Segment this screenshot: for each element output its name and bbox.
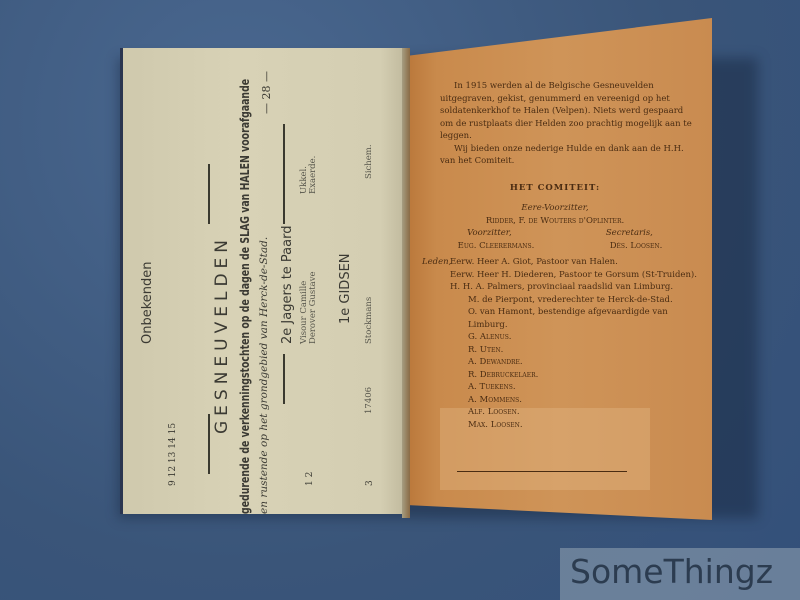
members-label: Leden, [422, 256, 451, 269]
member: O. van Hamont, bestendige afgevaardigde … [450, 306, 700, 331]
row-id: 17406 [365, 387, 374, 414]
member: H. H. A. Palmers, provinciaal raadslid v… [450, 281, 700, 294]
column-header-gidsen: 1e GIDSEN [338, 253, 353, 324]
row-number: 3 [365, 480, 375, 486]
member: G. Alenus. [450, 331, 700, 344]
name-list: Visour CamilleDerover Gustave [300, 271, 318, 344]
intro-paragraph: In 1915 werden al de Belgische Gesneuvel… [410, 80, 700, 143]
subtitle-2: en rustende op het grondgebied van Herck… [258, 237, 270, 514]
member: Eerw. Heer A. Giot, Pastoor van Halen. [450, 256, 700, 269]
member: R. Debruckelaer. [450, 369, 700, 382]
ornamental-rule [457, 471, 627, 472]
committee-heading: HET COMITEIT: [410, 182, 700, 195]
watermark: SomeThingz [560, 548, 800, 600]
member: A. Mommens. [450, 394, 700, 407]
member: A. Tuekens. [450, 381, 700, 394]
left-page-content: — 28 — GESNEUVELDEN gedurende de verkenn… [120, 48, 406, 514]
page-number: — 28 — [260, 71, 273, 114]
honorary-chair: Ridder, F. de Wouters d'Oplinter. [410, 215, 700, 228]
watermark-text: SomeThingz [570, 552, 773, 591]
column-header-unknown: Onbekenden [140, 261, 155, 344]
place-list: Ukkel.Exaerde. [300, 156, 318, 194]
number-list-2: 1 2 [305, 472, 315, 486]
subtitle-1: gedurende de verkenningstochten op de da… [238, 79, 252, 514]
divider [283, 354, 285, 404]
member: A. Dewandre. [450, 356, 700, 369]
secretary-name: Dés. Loosen. [610, 240, 663, 253]
secretary-label: Secretaris, [606, 227, 653, 240]
row-name: Stockmans [365, 297, 374, 344]
member: M. de Pierpont, vrederechter te Herck-de… [450, 294, 700, 307]
member: R. Uten. [450, 344, 700, 357]
member: Alf. Loosen. [450, 406, 700, 419]
divider [283, 124, 285, 224]
member: Eerw. Heer H. Diederen, Pastoor te Gorsu… [450, 269, 700, 282]
row-place: Sichem. [365, 144, 374, 179]
divider [208, 164, 210, 224]
column-header-jagers: 2e Jagers te Paard [280, 226, 295, 345]
divider [208, 414, 210, 474]
member: Max. Loosen. [450, 419, 700, 432]
right-page-content: In 1915 werden al de Belgische Gesneuvel… [410, 80, 700, 431]
chair-name: Eug. Cleerermans. [458, 240, 535, 253]
honorary-chair-label: Eere-Voorzitter, [410, 202, 700, 215]
thanks-paragraph: Wij bieden onze nederige Hulde en dank a… [410, 143, 700, 168]
number-list: 9 12 13 14 15 [168, 423, 178, 486]
page-title: GESNEUVELDEN [212, 235, 232, 434]
chair-label: Voorzitter, [467, 227, 512, 240]
